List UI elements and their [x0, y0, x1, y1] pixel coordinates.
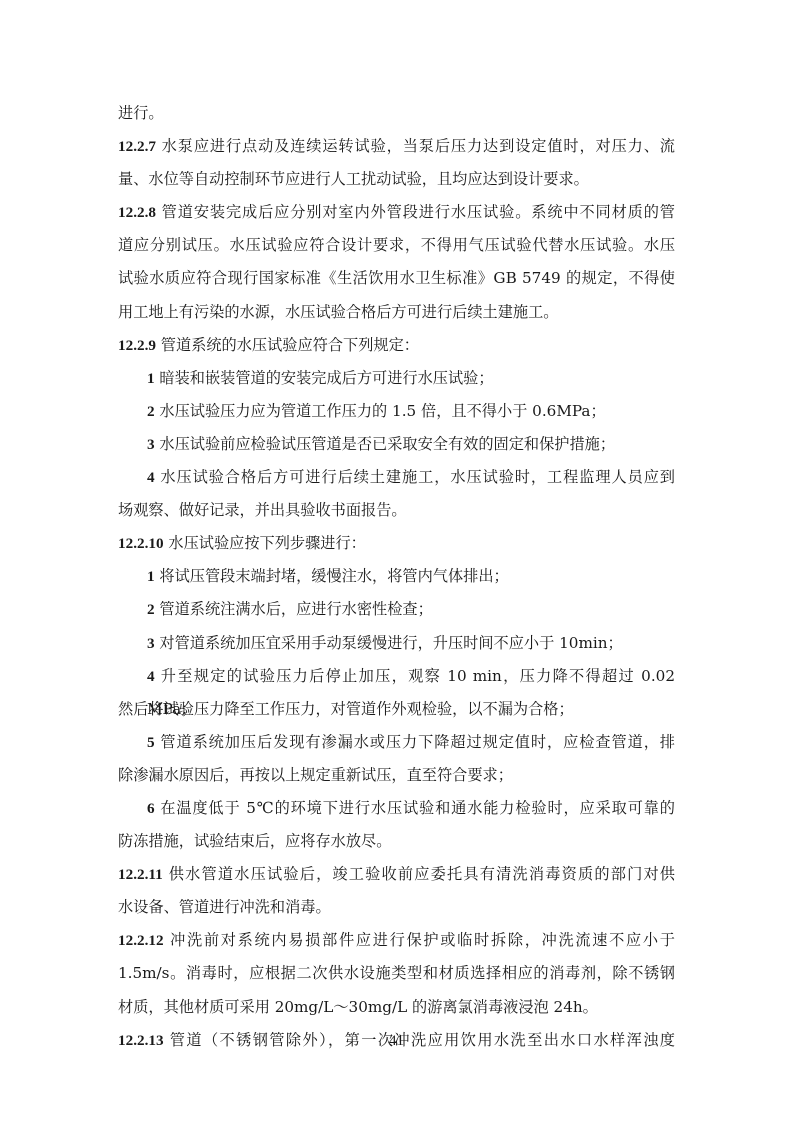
text-line: 防冻措施，试验结束后，应将存水放尽。 [118, 825, 675, 858]
item-number: 4 [147, 469, 155, 486]
line-text: 冲洗前对系统内易损部件应进行保护或临时拆除，冲洗流速不应小于 [164, 931, 675, 949]
line-text: 供水管道水压试验后，竣工验收前应委托具有清洗消毒资质的部门对供 [163, 865, 675, 883]
list-item-line: 2 水压试验压力应为管道工作压力的 1.5 倍，且不得小于 0.6MPa； [118, 395, 675, 428]
line-text: 将试压管段末端封堵，缓慢注水，将管内气体排出； [155, 567, 509, 585]
clause-number: 12.2.12 [118, 932, 164, 949]
text-line: 进行。 [118, 97, 675, 130]
document-page: 进行。12.2.7 水泵应进行点动及连续运转试验，当泵后压力达到设定值时，对压力… [118, 97, 675, 1057]
line-text: 管道系统加压后发现有渗漏水或压力下降超过规定值时，应检查管道，排 [155, 733, 675, 751]
line-text: 暗装和嵌装管道的安装完成后方可进行水压试验； [155, 369, 494, 387]
text-line: 用工地上有污染的水源，水压试验合格后方可进行后续土建施工。 [118, 296, 675, 329]
line-text: 用工地上有污染的水源，水压试验合格后方可进行后续土建施工。 [118, 303, 558, 321]
text-line: 然后将试验压力降至工作压力，对管道作外观检验，以不漏为合格； [118, 693, 675, 726]
clause-line: 12.2.7 水泵应进行点动及连续运转试验，当泵后压力达到设定值时，对压力、流 [118, 130, 675, 163]
clause-line: 12.2.8 管道安装完成后应分别对室内外管段进行水压试验。系统中不同材质的管 [118, 196, 675, 229]
clause-line: 12.2.11 供水管道水压试验后，竣工验收前应委托具有清洗消毒资质的部门对供 [118, 858, 675, 891]
item-number: 4 [147, 668, 155, 685]
list-item-line: 6 在温度低于 5℃的环境下进行水压试验和通水能力检验时，应采取可靠的 [118, 792, 675, 825]
text-line: 1.5m/s。消毒时，应根据二次供水设施类型和材质选择相应的消毒剂，除不锈钢 [118, 957, 675, 990]
clause-line: 12.2.9 管道系统的水压试验应符合下列规定： [118, 329, 675, 362]
line-text: 水泵应进行点动及连续运转试验，当泵后压力达到设定值时，对压力、流 [156, 137, 675, 155]
line-text: 水压试验应按下列步骤进行： [164, 534, 366, 552]
line-text: 管道系统注满水后，应进行水密性检查； [155, 600, 433, 618]
list-item-line: 1 暗装和嵌装管道的安装完成后方可进行水压试验； [118, 362, 675, 395]
clause-number: 12.2.10 [118, 535, 164, 552]
clause-number: 12.2.8 [118, 204, 156, 221]
text-line: 道应分别试压。水压试验应符合设计要求，不得用气压试验代替水压试验。水压 [118, 229, 675, 262]
text-line: 试验水质应符合现行国家标准《生活饮用水卫生标准》GB 5749 的规定，不得使 [118, 262, 675, 295]
item-number: 1 [147, 370, 155, 387]
list-item-line: 2 管道系统注满水后，应进行水密性检查； [118, 593, 675, 626]
item-number: 3 [147, 436, 155, 453]
line-text: 水压试验前应检验试压管道是否已采取安全有效的固定和保护措施； [155, 435, 615, 453]
line-text: 水压试验压力应为管道工作压力的 1.5 倍，且不得小于 0.6MPa； [155, 402, 606, 420]
line-text: 量、水位等自动控制环节应进行人工扰动试验，且均应达到设计要求。 [118, 170, 589, 188]
item-number: 6 [147, 800, 155, 817]
item-number: 1 [147, 568, 155, 585]
item-number: 2 [147, 601, 155, 618]
item-number: 5 [147, 734, 155, 751]
line-text: 除渗漏水原因后，再按以上规定重新试压，直至符合要求； [118, 766, 513, 784]
line-text: 在温度低于 5℃的环境下进行水压试验和通水能力检验时，应采取可靠的 [155, 799, 675, 817]
list-item-line: 4 水压试验合格后方可进行后续土建施工，水压试验时，工程监理人员应到 [118, 461, 675, 494]
text-line: 除渗漏水原因后，再按以上规定重新试压，直至符合要求； [118, 759, 675, 792]
list-item-line: 5 管道系统加压后发现有渗漏水或压力下降超过规定值时，应检查管道，排 [118, 726, 675, 759]
line-text: 防冻措施，试验结束后，应将存水放尽。 [118, 832, 391, 850]
line-text: 进行。 [118, 104, 164, 122]
line-text: 材质，其他材质可采用 20mg/L～30mg/L 的游离氯消毒液浸泡 24h。 [118, 998, 598, 1016]
clause-number: 12.2.11 [118, 866, 163, 883]
line-text: 试验水质应符合现行国家标准《生活饮用水卫生标准》GB 5749 的规定，不得使 [118, 269, 675, 287]
line-text: 1.5m/s。消毒时，应根据二次供水设施类型和材质选择相应的消毒剂，除不锈钢 [118, 964, 675, 982]
line-text: 然后将试验压力降至工作压力，对管道作外观检验，以不漏为合格； [118, 700, 574, 718]
line-text: 对管道系统加压宜采用手动泵缓慢进行，升压时间不应小于 10min； [155, 634, 623, 652]
line-text: 水设备、管道进行冲洗和消毒。 [118, 898, 331, 916]
list-item-line: 3 水压试验前应检验试压管道是否已采取安全有效的固定和保护措施； [118, 428, 675, 461]
line-text: 道应分别试压。水压试验应符合设计要求，不得用气压试验代替水压试验。水压 [118, 236, 675, 254]
line-text: 场观察、做好记录，并出具验收书面报告。 [118, 501, 407, 519]
line-text: 管道安装完成后应分别对室内外管段进行水压试验。系统中不同材质的管 [156, 203, 675, 221]
text-line: 水设备、管道进行冲洗和消毒。 [118, 891, 675, 924]
list-item-line: 4 升至规定的试验压力后停止加压，观察 10 min，压力降不得超过 0.02 … [118, 660, 675, 693]
clause-number: 12.2.9 [118, 337, 156, 354]
list-item-line: 3 对管道系统加压宜采用手动泵缓慢进行，升压时间不应小于 10min； [118, 627, 675, 660]
line-text: 水压试验合格后方可进行后续土建施工，水压试验时，工程监理人员应到 [155, 468, 675, 486]
item-number: 2 [147, 403, 155, 420]
page-number: 41 [0, 1033, 793, 1050]
text-line: 场观察、做好记录，并出具验收书面报告。 [118, 494, 675, 527]
clause-line: 12.2.12 冲洗前对系统内易损部件应进行保护或临时拆除，冲洗流速不应小于 [118, 924, 675, 957]
list-item-line: 1 将试压管段末端封堵，缓慢注水，将管内气体排出； [118, 560, 675, 593]
line-text: 管道系统的水压试验应符合下列规定： [156, 336, 419, 354]
text-line: 量、水位等自动控制环节应进行人工扰动试验，且均应达到设计要求。 [118, 163, 675, 196]
clause-line: 12.2.10 水压试验应按下列步骤进行： [118, 527, 675, 560]
text-line: 材质，其他材质可采用 20mg/L～30mg/L 的游离氯消毒液浸泡 24h。 [118, 991, 675, 1024]
item-number: 3 [147, 635, 155, 652]
clause-number: 12.2.7 [118, 138, 156, 155]
